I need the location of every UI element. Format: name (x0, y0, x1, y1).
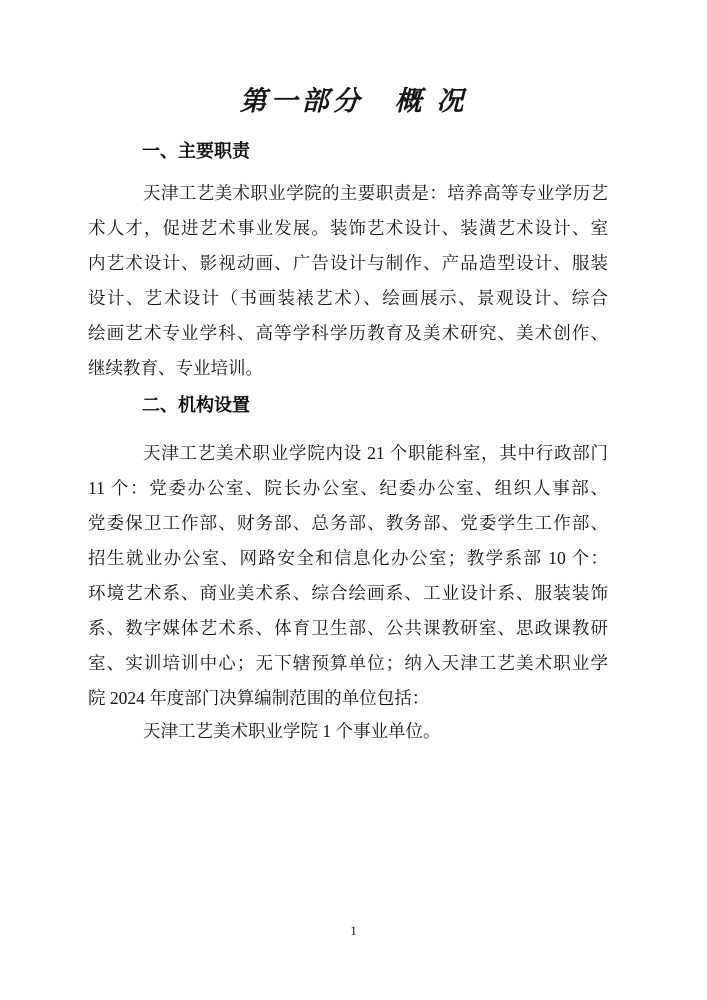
body-line: 天津工艺美术职业学院内设 21 个职能科室，其中行政部门 (88, 436, 608, 471)
page-number: 1 (0, 922, 707, 940)
body-line: 设计、艺术设计（书画装裱艺术）、绘画展示、景观设计、综合 (88, 281, 608, 316)
body-line: 系、数字媒体艺术系、体育卫生部、公共课教研室、思政课教研 (88, 611, 608, 646)
body-line: 继续教育、专业培训。 (88, 351, 608, 386)
body-line: 天津工艺美术职业学院的主要职责是：培养高等专业学历艺 (88, 176, 608, 211)
body-line: 室、实训培训中心；无下辖预算单位；纳入天津工艺美术职业学 (88, 646, 608, 681)
body-line: 环境艺术系、商业美术系、综合绘画系、工业设计系、服装装饰 (88, 576, 608, 611)
body-line: 绘画艺术专业学科、高等学科学历教育及美术研究、美术创作、 (88, 316, 608, 351)
section-2-heading: 二、机构设置 (142, 394, 250, 416)
body-line: 招生就业办公室、网路安全和信息化办公室；教学系部 10 个： (88, 541, 608, 576)
body-line: 术人才，促进艺术事业发展。装饰艺术设计、装潢艺术设计、室 (88, 211, 608, 246)
body-line: 院 2024 年度部门决算编制范围的单位包括： (88, 681, 608, 716)
body-line: 11 个：党委办公室、院长办公室、纪委办公室、组织人事部、 (88, 471, 608, 506)
section-2-paragraph: 天津工艺美术职业学院内设 21 个职能科室，其中行政部门 11 个：党委办公室、… (88, 436, 608, 716)
body-line: 内艺术设计、影视动画、广告设计与制作、产品造型设计、服装 (88, 246, 608, 281)
section-1-paragraph: 天津工艺美术职业学院的主要职责是：培养高等专业学历艺 术人才，促进艺术事业发展。… (88, 176, 608, 386)
body-line: 党委保卫工作部、财务部、总务部、教务部、党委学生工作部、 (88, 506, 608, 541)
section-1-heading: 一、主要职责 (142, 140, 250, 162)
part-title: 第一部分 概 况 (0, 84, 707, 118)
document-page: 第一部分 概 况 一、主要职责 天津工艺美术职业学院的主要职责是：培养高等专业学… (0, 0, 707, 1000)
closing-paragraph: 天津工艺美术职业学院 1 个事业单位。 (88, 714, 608, 749)
body-line: 天津工艺美术职业学院 1 个事业单位。 (88, 714, 608, 749)
